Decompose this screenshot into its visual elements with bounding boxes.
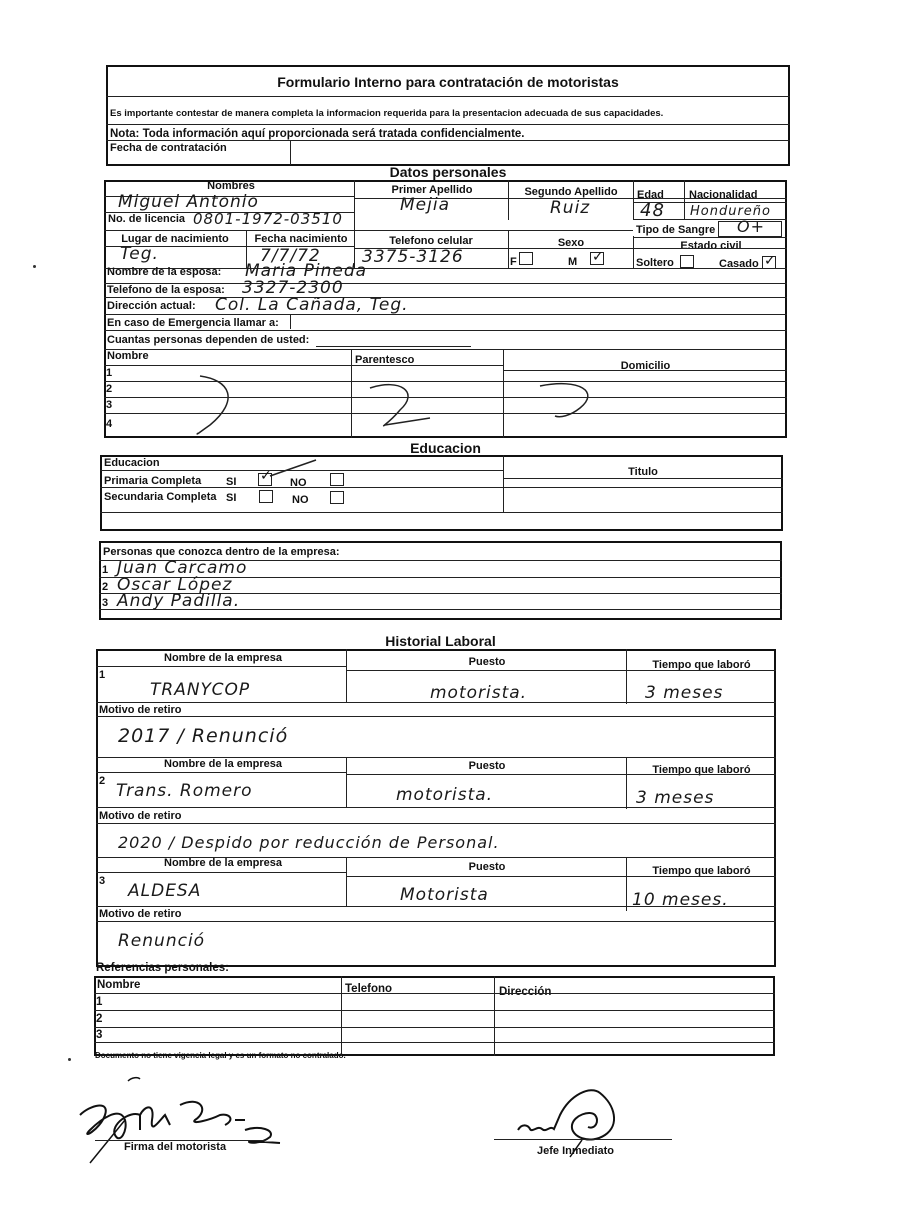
job-position-value[interactable]: Motorista [400, 886, 489, 904]
reference-row[interactable]: 1 [94, 994, 775, 1010]
known-person-number: 2 [102, 581, 108, 593]
job-company-value[interactable]: ALDESA [128, 882, 201, 900]
tipo-sangre-label: Tipo de Sangre [636, 224, 715, 236]
dependientes-label: Cuantas personas dependen de usted: [107, 334, 309, 346]
reference-number: 1 [96, 996, 102, 1008]
dependientes-field[interactable] [316, 334, 471, 347]
esposa-label: Nombre de la esposa: [107, 266, 221, 278]
nacionalidad-label: Nacionalidad [689, 189, 757, 201]
scan-speck [68, 1058, 71, 1061]
reason-label: Motivo de retiro [99, 810, 182, 822]
telefono-esposa-label: Telefono de la esposa: [107, 284, 225, 296]
driver-signature-label: Firma del motorista [124, 1141, 226, 1153]
boss-signature-label: Jefe Inmediato [537, 1145, 614, 1157]
secundaria-label: Secundaria Completa [104, 491, 216, 503]
fecha-nacimiento-label: Fecha nacimiento [248, 233, 354, 245]
secundaria-no-label: NO [292, 494, 309, 506]
nombres-value[interactable]: Miguel Antonio [118, 193, 259, 211]
references-header-nombre: Nombre [97, 979, 140, 991]
hire-date-field[interactable] [292, 142, 788, 164]
nombres-label: Nombres [106, 180, 356, 192]
primaria-no-checkbox[interactable] [330, 473, 344, 486]
position-label: Puesto [348, 861, 626, 873]
confidential-note: Nota: Toda información aquí proporcionad… [110, 128, 525, 140]
known-person-row[interactable]: 3 Andy Padilla. [99, 594, 782, 610]
primaria-label: Primaria Completa [104, 475, 201, 487]
soltero-checkbox[interactable] [680, 255, 694, 268]
position-label: Puesto [348, 656, 626, 668]
known-person-number: 3 [102, 597, 108, 609]
titulo-field[interactable] [505, 480, 781, 510]
dependents-header-nombre: Nombre [107, 350, 149, 362]
sexo-m-label: M [568, 256, 577, 268]
section-title-personal: Datos personales [106, 164, 790, 180]
segundo-apellido-value[interactable]: Ruiz [550, 199, 590, 217]
section-title-work-history: Historial Laboral [99, 633, 782, 649]
job-company-value[interactable]: TRANYCOP [150, 681, 250, 699]
hire-date-label: Fecha de contratación [110, 142, 227, 154]
job-number: 1 [99, 669, 105, 681]
emergencia-label: En caso de Emergencia llamar a: [107, 317, 279, 329]
direccion-label: Dirección actual: [107, 300, 196, 312]
sexo-m-check-icon: ✓ [592, 250, 604, 264]
strike-mark-icon [100, 370, 800, 450]
reference-number: 3 [96, 1029, 102, 1041]
boss-signature-line [494, 1139, 672, 1140]
secundaria-si-checkbox[interactable] [259, 490, 273, 503]
section-title-education: Educacion [104, 440, 787, 456]
job-reason-value[interactable]: 2017 / Renunció [118, 727, 288, 745]
casado-check-icon: ✓ [764, 254, 776, 268]
job-position-value[interactable]: motorista. [430, 684, 527, 702]
form-title: Formulario Interno para contratación de … [106, 76, 790, 88]
telefono-celular-label: Telefono celular [356, 235, 506, 247]
job-time-value[interactable]: 3 meses [645, 684, 723, 702]
job-reason-value[interactable]: 2020 / Despido por reducción de Personal… [118, 834, 500, 852]
reference-number: 2 [96, 1013, 102, 1025]
known-people-label: Personas que conozca dentro de la empres… [103, 546, 340, 558]
secundaria-si-label: SI [226, 492, 236, 504]
scan-speck [33, 265, 36, 268]
instruction-text: Es importante contestar de manera comple… [110, 108, 663, 120]
job-time-value[interactable]: 3 meses [636, 789, 714, 807]
known-person-number: 1 [102, 564, 108, 576]
telefono-celular-value[interactable]: 3375-3126 [362, 248, 464, 266]
licencia-value[interactable]: 0801-1972-03510 [193, 210, 343, 228]
job-number: 3 [99, 875, 105, 887]
job-company-value[interactable]: Trans. Romero [116, 782, 253, 800]
education-label: Educacion [104, 457, 160, 469]
titulo-label: Titulo [503, 466, 783, 478]
job-reason-value[interactable]: Renunció [118, 932, 205, 950]
references-label: Referencias personales: [96, 962, 229, 974]
segundo-apellido-label: Segundo Apellido [510, 186, 632, 198]
licencia-label: No. de licencia [108, 213, 185, 225]
check-tail-icon [266, 458, 326, 478]
company-label: Nombre de la empresa [98, 652, 348, 664]
reference-row[interactable]: 2 [94, 1011, 775, 1027]
known-person-name: Andy Padilla. [117, 592, 240, 610]
estado-civil-label: Estado civil [635, 240, 787, 252]
sexo-f-label: F [510, 256, 517, 268]
lugar-nacimiento-value[interactable]: Teg. [120, 245, 159, 263]
position-label: Puesto [348, 760, 626, 772]
reason-label: Motivo de retiro [99, 704, 182, 716]
job-number: 2 [99, 775, 105, 787]
emergencia-field[interactable] [290, 315, 780, 329]
reference-row[interactable]: 3 [94, 1028, 775, 1042]
direccion-value[interactable]: Col. La Cañada, Teg. [215, 296, 409, 314]
sexo-f-checkbox[interactable] [519, 252, 533, 265]
primer-apellido-value[interactable]: Mejia [400, 196, 450, 214]
company-label: Nombre de la empresa [98, 857, 348, 869]
reason-label: Motivo de retiro [99, 908, 182, 920]
job-position-value[interactable]: motorista. [396, 786, 493, 804]
secundaria-no-checkbox[interactable] [330, 491, 344, 504]
edad-value[interactable]: 48 [640, 202, 665, 220]
disclaimer-text: Documento no tiene vigencia legal y es u… [95, 1051, 346, 1060]
company-label: Nombre de la empresa [98, 758, 348, 770]
tipo-sangre-value: O+ [737, 218, 765, 236]
